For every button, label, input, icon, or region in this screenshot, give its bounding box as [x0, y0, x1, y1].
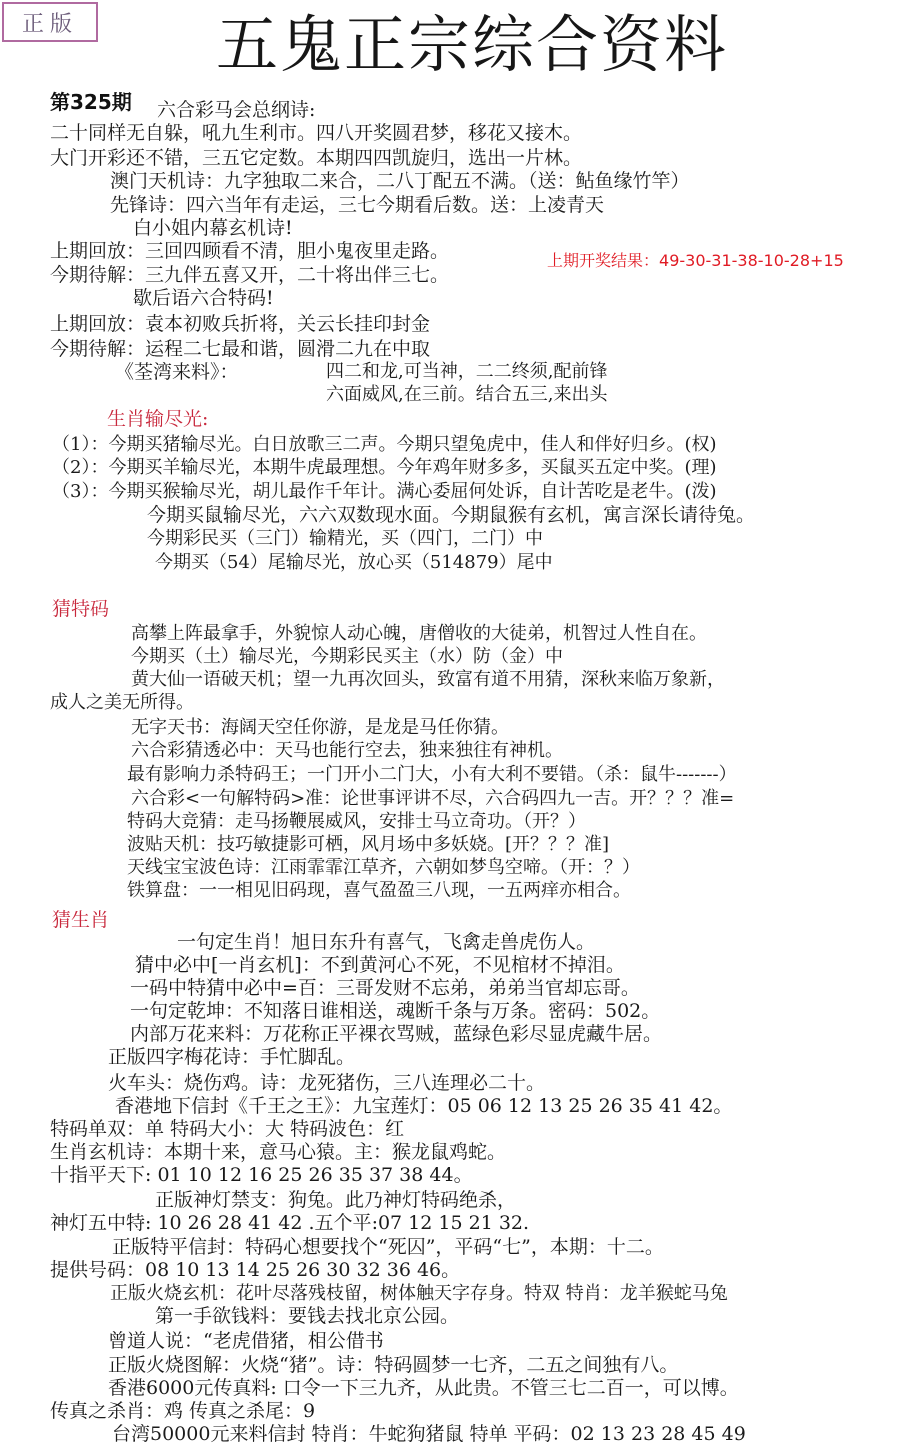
list-item: 今期彩民买（三门）输精光，买（四门，二门）中	[147, 528, 543, 550]
list-item: （3）：今期买猴输尽光，胡儿最作千年计。满心委屈何处诉，自计苦吃是老牛。(泼)	[52, 481, 717, 503]
intro-line: 二十同样无自躲，吼九生利市。四八开奖圆君梦，移花又接木。	[50, 122, 582, 144]
intro-line: 白小姐内幕玄机诗!	[133, 217, 293, 239]
list-item: 特码大竞猜：走马扬鞭展威风，安排士马立奇功。（开？）	[127, 811, 586, 833]
list-item: 六合彩猜透必中：天马也能行空去，独来独往有神机。	[131, 740, 563, 762]
issue-number: 第325期	[50, 86, 132, 115]
list-item: 猜中必中[一肖玄机]：不到黄河心不死，不见棺材不掉泪。	[135, 954, 625, 976]
list-item: 正版火烧图解：火烧“猪”。诗：特码圆梦一七齐，二五之间独有八。	[108, 1354, 678, 1376]
section-heading-zodiac-lose: 生肖输尽光:	[107, 404, 208, 431]
last-draw-label: 上期开奖结果：	[547, 251, 659, 270]
list-item: 正版神灯禁支：狗兔。此乃神灯特码绝杀，	[155, 1189, 516, 1211]
list-item: 铁算盘：一一相见旧码现，喜气盈盈三八现，一五两痒亦相合。	[127, 880, 631, 902]
list-item: 香港6000元传真料: 口令一下三九齐，从此贵。不管三七二百一，可以博。	[108, 1377, 739, 1399]
list-item: 第一手欲钱料：要钱去找北京公园。	[155, 1305, 459, 1327]
list-item: 今期买鼠输尽光，六六双数现水面。今期鼠猴有玄机，寓言深长请待兔。	[147, 504, 755, 526]
list-item: 无字天书：海阔天空任你游，是龙是马任你猜。	[131, 717, 509, 739]
list-item: 一句定乾坤：不知落日谁相送，魂断千条与万条。密码：502。	[130, 1000, 660, 1022]
intro-line: 今期待解：三九伴五喜又开，二十将出伴三七。	[50, 264, 449, 286]
list-item: 成人之美无所得。	[50, 692, 194, 714]
list-item: 天线宝宝波色诗：江雨霏霏江草齐，六朝如梦鸟空啼。（开：？）	[127, 857, 640, 879]
list-item: 六合彩<一句解特码>准：论世事评讲不尽，六合码四九一吉。开？？？准=	[131, 788, 734, 810]
list-item: 最有影响力杀特码王；一门开小二门大，小有大利不要错。（杀：鼠牛-------）	[127, 764, 737, 786]
list-item: （1）：今期买猪输尽光。白日放歌三二声。今期只望兔虎中，佳人和伴好归乡。(权)	[52, 434, 717, 456]
list-item: 提供号码：08 10 13 14 25 26 30 32 36 46。	[50, 1259, 460, 1281]
list-item: 正版特平信封：特码心想要找个“死囚”，平码“七”，本期：十二。	[112, 1236, 664, 1258]
list-item: 正版火烧玄机：花叶尽落残枝留，树体触天字存身。特双 特肖：龙羊猴蛇马兔	[110, 1283, 728, 1305]
intro-line: 今期待解：运程二七最和谐，圆滑二九在中取	[50, 338, 430, 360]
section-heading-guess-special: 猜特码	[52, 594, 109, 621]
list-item: 火车头：烧伤鸡。诗：龙死猪伤，三八连理必二十。	[108, 1072, 545, 1094]
list-item: 今期买（土）输尽光，今期彩民买主（水）防（金）中	[131, 646, 563, 668]
list-item: 波贴天机：技巧敏捷影可栖，风月场中多妖娆。[开？？？准]	[127, 834, 609, 856]
genuine-edition-badge: 正版	[2, 2, 98, 42]
intro-line: 六合彩马会总纲诗:	[157, 99, 315, 121]
list-item: 十指平天下: 01 10 12 16 25 26 35 37 38 44。	[50, 1164, 473, 1186]
intro-line: 大门开彩还不错，三五它定数。本期四四凯旋归，选出一片林。	[50, 147, 582, 169]
list-item: 一句定生肖！旭日东升有喜气，飞禽走兽虎伤人。	[177, 931, 595, 953]
list-item: 曾道人说：“老虎借猪，相公借书	[108, 1330, 384, 1352]
list-item: 内部万花来料：万花称正平裸衣骂贼，蓝绿色彩尽显虎藏牛居。	[130, 1023, 662, 1045]
list-item: 香港地下信封《千王之王》：九宝莲灯：05 06 12 13 25 26 35 4…	[115, 1095, 732, 1117]
intro-line: 六面威风,在三前。结合五三,来出头	[326, 384, 607, 406]
list-item: 传真之杀肖：鸡 传真之杀尾：9	[50, 1400, 315, 1422]
section-heading-guess-zodiac: 猜生肖	[52, 905, 109, 932]
intro-line: 《荃湾来料》：	[115, 361, 239, 383]
intro-line: 先锋诗：四六当年有走运，三七今期看后数。送：上凌青天	[110, 194, 604, 216]
list-item: 今期买（54）尾输尽光，放心买（514879）尾中	[155, 552, 553, 574]
list-item: 正版四字梅花诗：手忙脚乱。	[108, 1046, 355, 1068]
intro-line: 澳门天机诗：九字独取二来合，二八丁配五不满。（送：鲇鱼缘竹竿）	[110, 170, 690, 192]
intro-line: 上期回放：三回四顾看不清，胆小鬼夜里走路。	[50, 240, 449, 262]
list-item: 高攀上阵最拿手，外貌惊人动心魄，唐僧收的大徒弟，机智过人性自在。	[131, 623, 707, 645]
list-item: 台湾50000元来料信封 特肖：牛蛇狗猪鼠 特单 平码：02 13 23 28 …	[112, 1423, 746, 1445]
list-item: （2）：今期买羊输尽光，本期牛虎最理想。今年鸡年财多多，买鼠买五定中奖。(理)	[52, 457, 717, 479]
intro-line: 歇后语六合特码!	[133, 287, 274, 309]
list-item: 特码单双：单 特码大小：大 特码波色：红	[50, 1118, 404, 1140]
list-item: 黄大仙一语破天机；望一九再次回头，致富有道不用猜，深秋来临万象新，	[131, 669, 725, 691]
page-title: 五鬼正宗综合资料	[216, 14, 728, 76]
list-item: 生肖玄机诗：本期十来，意马心猿。主：猴龙鼠鸡蛇。	[50, 1141, 506, 1163]
list-item: 一码中特猜中必中=百：三哥发财不忘弟，弟弟当官却忘哥。	[130, 977, 640, 999]
intro-line: 上期回放：袁本初败兵折将，关云长挂印封金	[50, 313, 430, 335]
list-item: 神灯五中特: 10 26 28 41 42 .五个平:07 12 15 21 3…	[50, 1212, 529, 1234]
last-draw-numbers: 49-30-31-38-10-28+15	[659, 251, 844, 270]
intro-line: 四二和龙,可当神，二二终须,配前锋	[326, 361, 607, 383]
last-draw-result: 上期开奖结果：49-30-31-38-10-28+15	[547, 248, 844, 271]
